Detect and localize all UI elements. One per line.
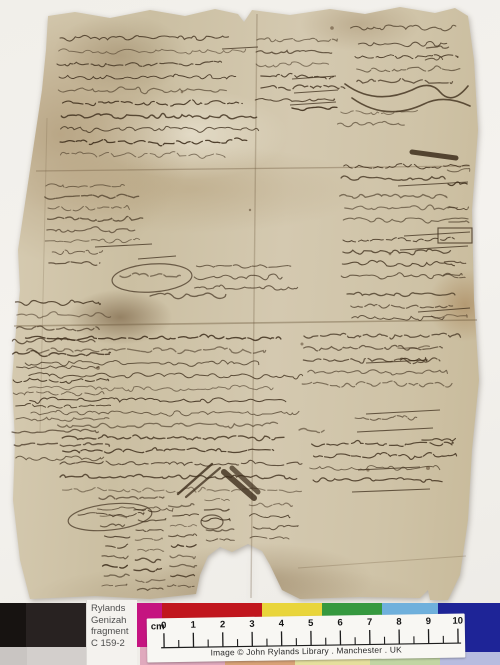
gray-dark-1-patch [26,603,86,647]
fragment-label-card: Rylands Genizah fragment C 159-2 [86,600,137,665]
gray-light-1-patch [27,647,86,665]
color-calibration-bar: Rylands Genizah fragment C 159-2 cm 0123… [0,600,500,665]
gray-light-0-patch [0,647,27,665]
manuscript-fragment [0,0,500,610]
gray-dark-0-patch [0,603,26,647]
paper-surface [0,0,500,610]
ruler: cm 012345678910 Image © John Rylands Lib… [147,614,466,663]
digitized-manuscript-photo: Rylands Genizah fragment C 159-2 cm 0123… [0,0,500,665]
fragment-label: Rylands Genizah fragment C 159-2 [87,600,137,649]
